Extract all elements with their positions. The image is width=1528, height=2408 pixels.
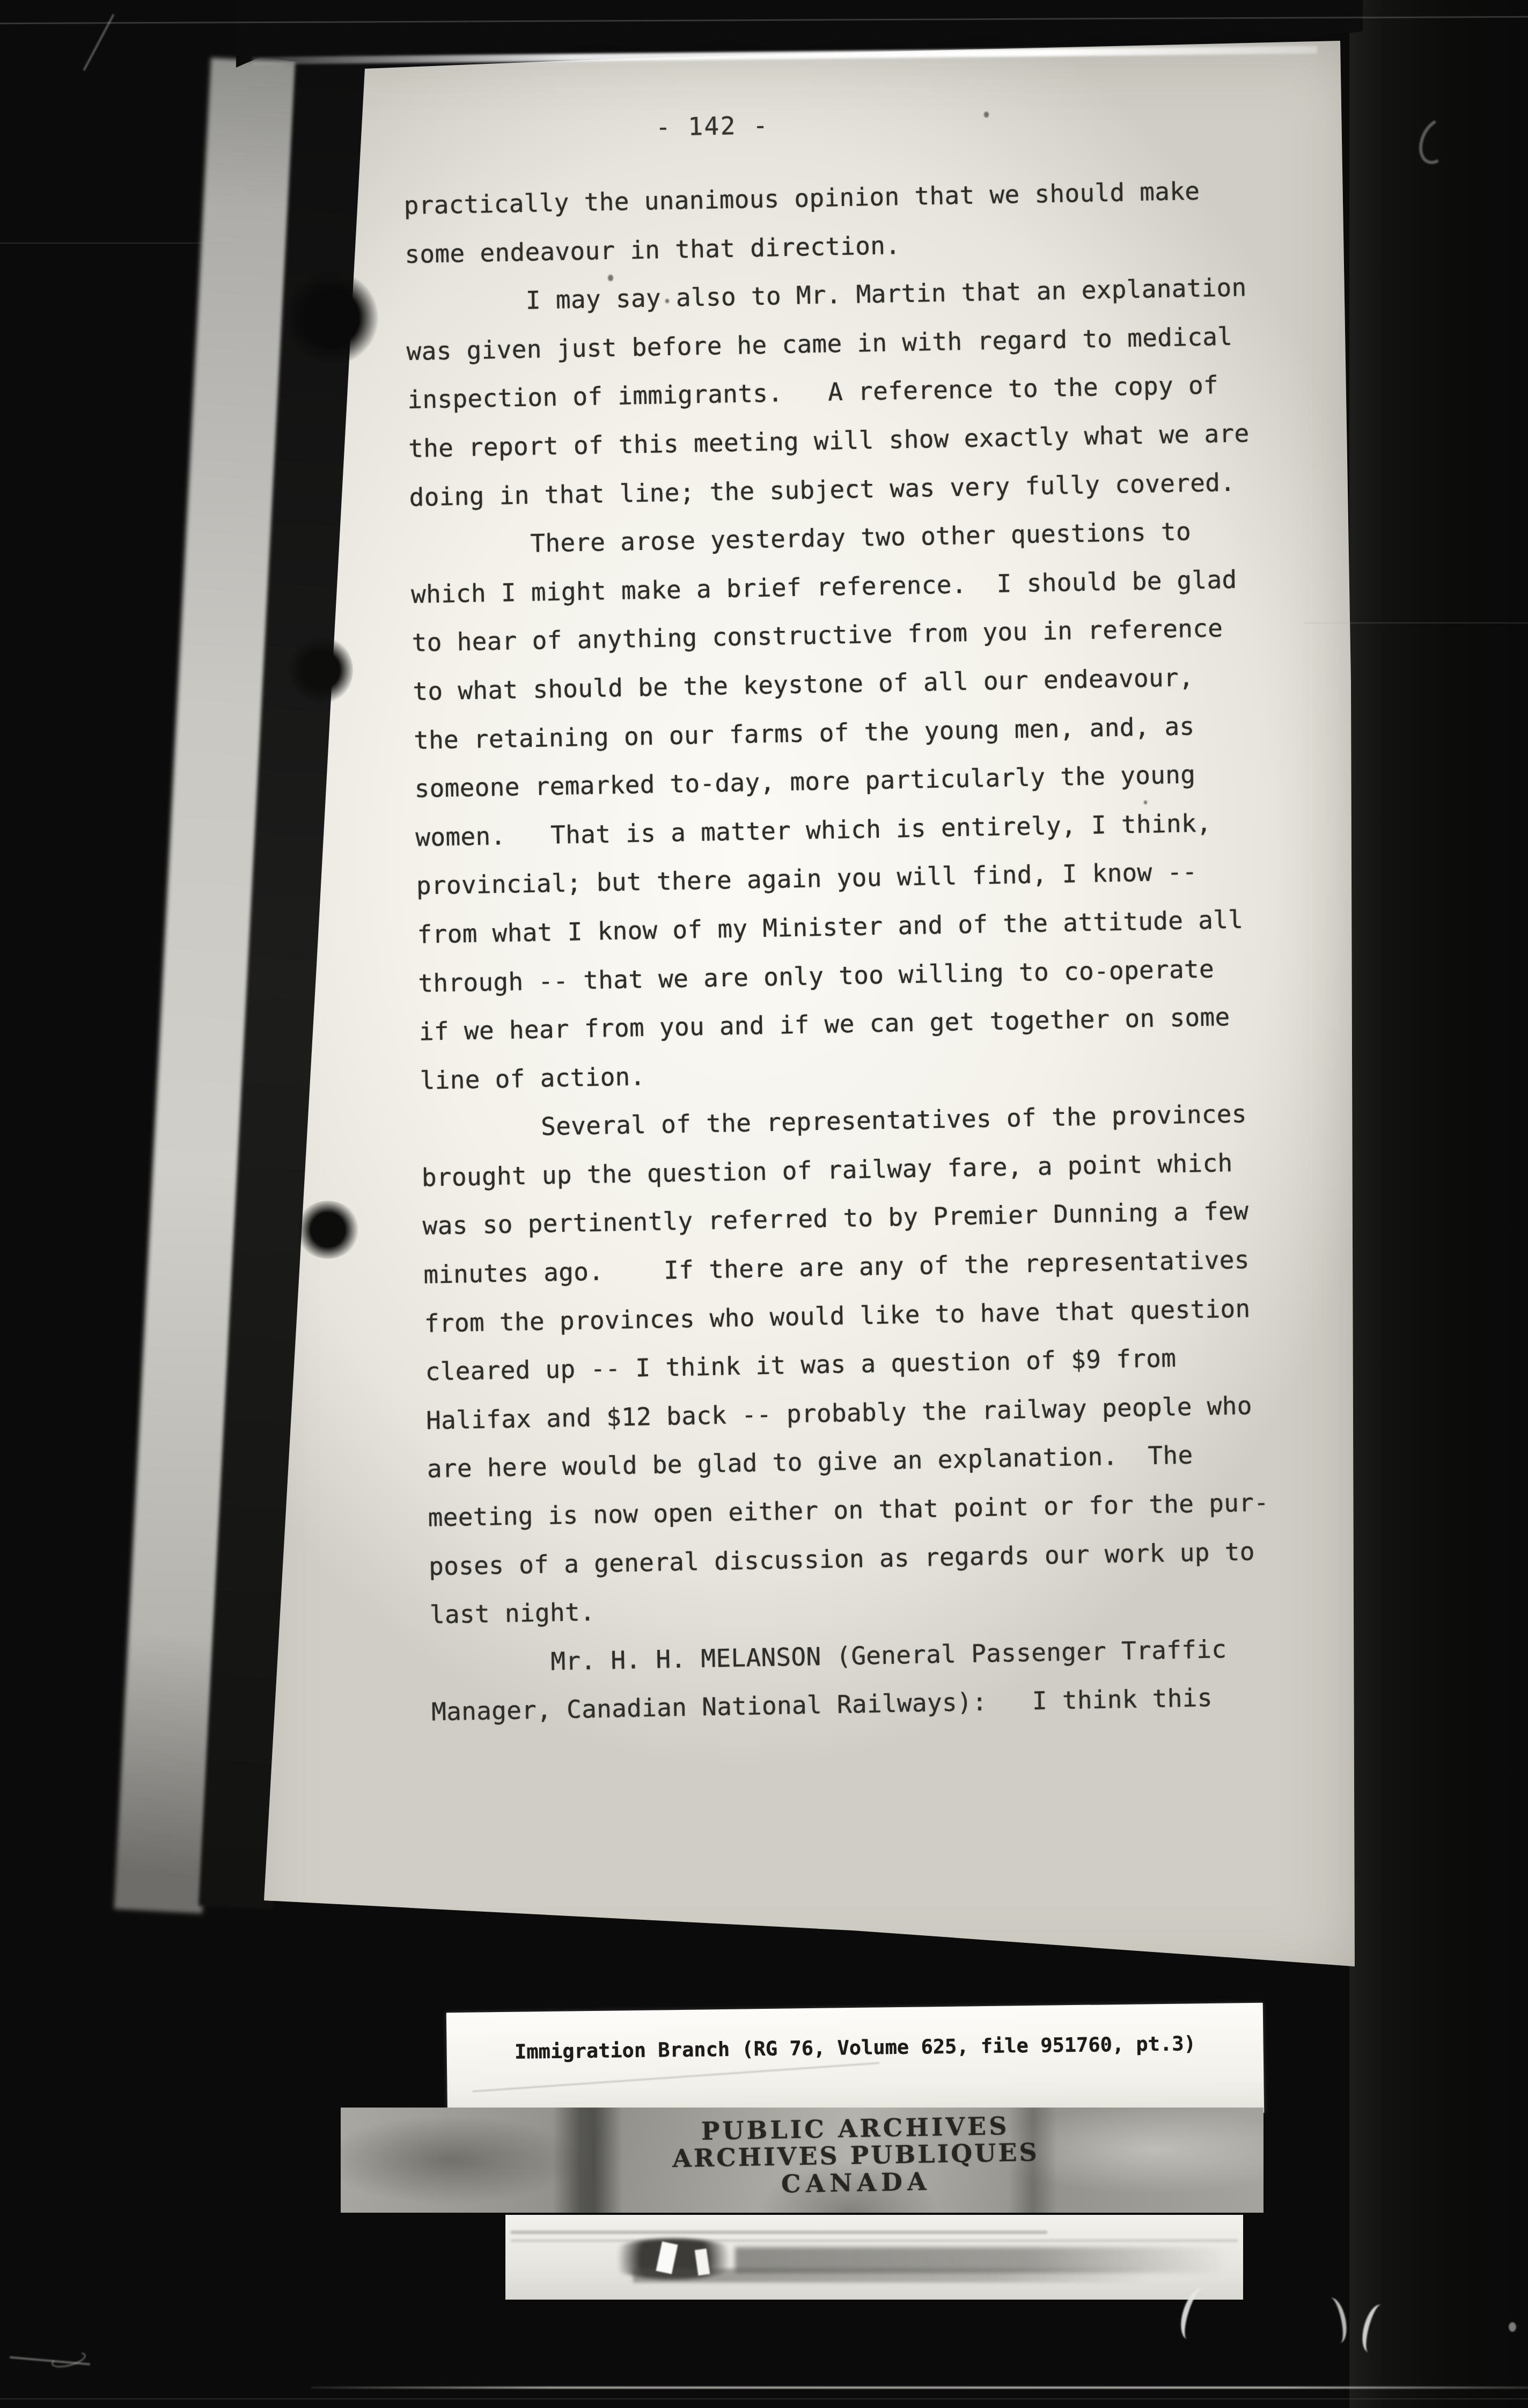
typed-text-block: practically the unanimous opinion that w…: [403, 166, 1290, 1737]
staple-shadow-middle: [289, 636, 353, 704]
strip-smudge: [633, 2268, 1148, 2282]
staple-shadow-bottom: [296, 1201, 359, 1259]
film-scratch-squiggle: [50, 2349, 87, 2370]
film-scratch-diagonal: [83, 14, 115, 71]
strip-streak: [511, 2231, 1047, 2234]
strip-streak: [511, 2240, 1238, 2242]
dust-speck: [984, 112, 989, 118]
film-edge-line: [311, 2387, 1528, 2389]
staple-shadow-top: [284, 271, 378, 365]
film-bright-dot: [1509, 2322, 1516, 2332]
film-scratch-line: [0, 243, 231, 244]
microfilm-scan: { "colors": { "film_black": "#0b0b0b", "…: [0, 0, 1528, 2408]
page-number: - 142 -: [656, 111, 769, 142]
public-archives-stamp: PUBLIC ARCHIVES ARCHIVES PUBLIQUES CANAD…: [501, 2109, 1210, 2203]
film-edge-line: [0, 2398, 1528, 2399]
film-right-band: [1349, 0, 1528, 2408]
film-bright-mark: [1320, 2296, 1350, 2345]
